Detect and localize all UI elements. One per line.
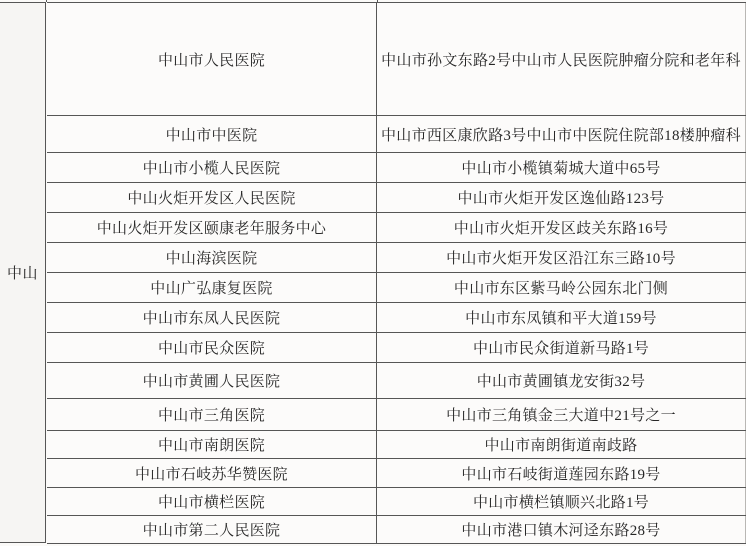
table-row: 中山市三角医院 中山市三角镇金三大道中21号之一 — [47, 399, 746, 431]
table-row: 中山火炬开发区人民医院 中山市火炬开发区逸仙路123号 — [47, 183, 746, 213]
hospital-address: 中山市三角镇金三大道中21号之一 — [377, 399, 746, 430]
hospital-name: 中山市民众医院 — [47, 333, 377, 362]
hospital-name: 中山火炬开发区人民医院 — [47, 183, 377, 212]
hospital-name: 中山市东凤人民医院 — [47, 303, 377, 332]
region-cell: 中山 — [0, 2, 46, 543]
hospital-name: 中山市小榄人民医院 — [47, 153, 377, 182]
table-row: 中山市黄圃人民医院 中山市黄圃镇龙安街32号 — [47, 363, 746, 399]
table-row: 中山市横栏医院 中山市横栏镇顺兴北路1号 — [47, 488, 746, 516]
table-row: 中山市小榄人民医院 中山市小榄镇菊城大道中65号 — [47, 153, 746, 183]
table-row: 中山海滨医院 中山市火炬开发区沿江东三路10号 — [47, 243, 746, 273]
hospital-name: 中山市石岐苏华赞医院 — [47, 459, 377, 487]
hospital-name: 中山海滨医院 — [47, 243, 377, 272]
hospital-address: 中山市火炬开发区歧关东路16号 — [377, 213, 746, 242]
hospital-address: 中山市西区康欣路3号中山市中医院住院部18楼肿瘤科 — [377, 116, 746, 152]
region-label: 中山 — [7, 262, 38, 283]
hospital-address: 中山市火炬开发区沿江东三路10号 — [377, 243, 746, 272]
hospital-address: 中山市港口镇木河迳东路28号 — [377, 516, 746, 543]
hospital-address: 中山市民众街道新马路1号 — [377, 333, 746, 362]
table-row: 中山广弘康复医院 中山市东区紫马岭公园东北门侧 — [47, 273, 746, 303]
hospital-address: 中山市孙文东路2号中山市人民医院肿瘤分院和老年科 — [377, 3, 746, 115]
hospital-name: 中山火炬开发区颐康老年服务中心 — [47, 213, 377, 242]
hospital-address: 中山市东凤镇和平大道159号 — [377, 303, 746, 332]
hospital-address: 中山市南朗街道南歧路 — [377, 431, 746, 458]
hospital-name: 中山市人民医院 — [47, 3, 377, 115]
hospital-address: 中山市小榄镇菊城大道中65号 — [377, 153, 746, 182]
hospital-address: 中山市石岐街道莲园东路19号 — [377, 459, 746, 487]
hospital-name: 中山市三角医院 — [47, 399, 377, 430]
table-row: 中山市民众医院 中山市民众街道新马路1号 — [47, 333, 746, 363]
hospital-table: 中山市人民医院 中山市孙文东路2号中山市人民医院肿瘤分院和老年科 中山市中医院 … — [47, 2, 746, 544]
table-row: 中山市人民医院 中山市孙文东路2号中山市人民医院肿瘤分院和老年科 — [47, 3, 746, 116]
hospital-name: 中山市第二人民医院 — [47, 516, 377, 543]
table-row: 中山市第二人民医院 中山市港口镇木河迳东路28号 — [47, 516, 746, 544]
hospital-name: 中山广弘康复医院 — [47, 273, 377, 302]
hospital-table-page: 中山 中山市人民医院 中山市孙文东路2号中山市人民医院肿瘤分院和老年科 中山市中… — [0, 0, 746, 546]
hospital-address: 中山市东区紫马岭公园东北门侧 — [377, 273, 746, 302]
table-row: 中山市石岐苏华赞医院 中山市石岐街道莲园东路19号 — [47, 459, 746, 488]
hospital-address: 中山市黄圃镇龙安街32号 — [377, 363, 746, 398]
table-row: 中山火炬开发区颐康老年服务中心 中山市火炬开发区歧关东路16号 — [47, 213, 746, 243]
table-row: 中山市南朗医院 中山市南朗街道南歧路 — [47, 431, 746, 459]
hospital-name: 中山市南朗医院 — [47, 431, 377, 458]
hospital-name: 中山市黄圃人民医院 — [47, 363, 377, 398]
hospital-name: 中山市中医院 — [47, 116, 377, 152]
hospital-name: 中山市横栏医院 — [47, 488, 377, 515]
hospital-address: 中山市火炬开发区逸仙路123号 — [377, 183, 746, 212]
table-row: 中山市中医院 中山市西区康欣路3号中山市中医院住院部18楼肿瘤科 — [47, 116, 746, 153]
hospital-address: 中山市横栏镇顺兴北路1号 — [377, 488, 746, 515]
table-row: 中山市东凤人民医院 中山市东凤镇和平大道159号 — [47, 303, 746, 333]
